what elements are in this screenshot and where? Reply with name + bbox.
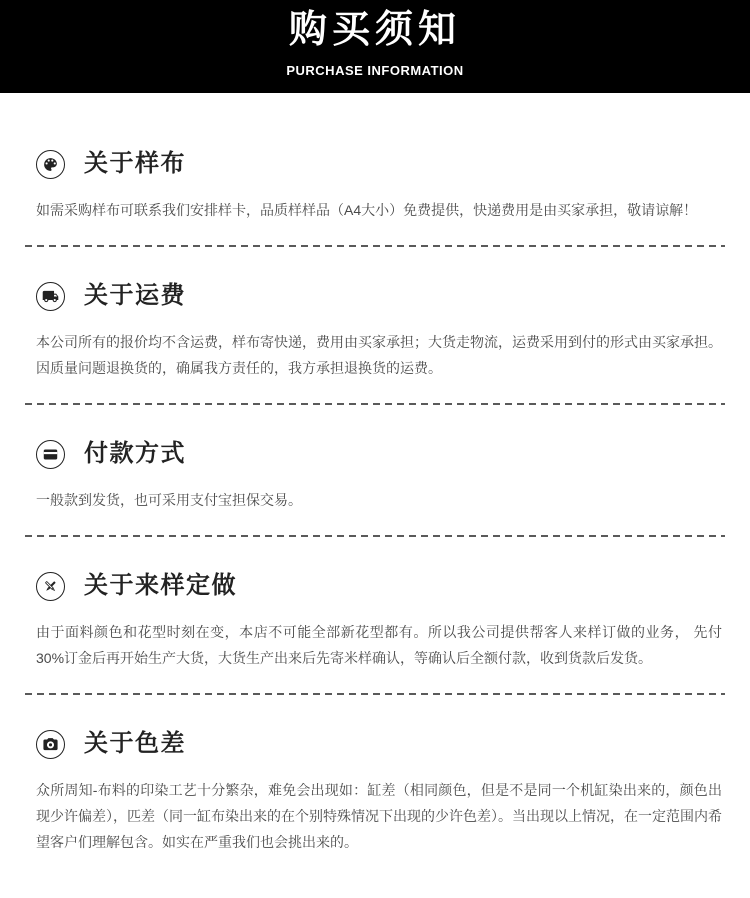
section-title: 关于来样定做 xyxy=(84,571,237,601)
purchase-info-content: 关于样布 如需采购样布可联系我们安排样卡，品质样样品（A4大小）免费提供，快递费… xyxy=(0,149,750,855)
section-head: 关于来样定做 xyxy=(0,571,750,601)
dashed-divider xyxy=(25,245,725,247)
credit-card-icon xyxy=(36,440,65,469)
section-body-text: 如需采购样布可联系我们安排样卡，品质样样品（A4大小）免费提供，快递费用是由买家… xyxy=(36,197,722,223)
section-payment: 付款方式 一般款到发货，也可采用支付宝担保交易。 xyxy=(0,439,750,513)
section-body-text: 众所周知-布料的印染工艺十分繁杂，难免会出现如：缸差（相同颜色，但是不是同一个机… xyxy=(36,777,722,855)
section-title: 付款方式 xyxy=(84,439,186,469)
camera-icon xyxy=(36,730,65,759)
section-title: 关于运费 xyxy=(84,281,186,311)
dashed-divider xyxy=(25,535,725,537)
section-shipping: 关于运费 本公司所有的报价均不含运费，样布寄快递，费用由买家承担；大货走物流，运… xyxy=(0,281,750,381)
section-body-text: 本公司所有的报价均不含运费，样布寄快递，费用由买家承担；大货走物流，运费采用到付… xyxy=(36,329,722,381)
page-subtitle: PURCHASE INFORMATION xyxy=(0,63,750,78)
palette-icon xyxy=(36,150,65,179)
truck-icon xyxy=(36,282,65,311)
section-custom-order: 关于来样定做 由于面料颜色和花型时刻在变，本店不可能全部新花型都有。所以我公司提… xyxy=(0,571,750,671)
page-title: 购买须知 xyxy=(0,0,750,50)
dashed-divider xyxy=(25,693,725,695)
section-head: 关于样布 xyxy=(0,149,750,179)
section-head: 关于色差 xyxy=(0,729,750,759)
page-header: 购买须知 PURCHASE INFORMATION xyxy=(0,0,750,93)
section-head: 关于运费 xyxy=(0,281,750,311)
section-sample-fabric: 关于样布 如需采购样布可联系我们安排样卡，品质样样品（A4大小）免费提供，快递费… xyxy=(0,149,750,223)
section-body-text: 一般款到发货，也可采用支付宝担保交易。 xyxy=(36,487,722,513)
section-title: 关于样布 xyxy=(84,149,186,179)
crossed-pencils-icon xyxy=(36,572,65,601)
dashed-divider xyxy=(25,403,725,405)
section-head: 付款方式 xyxy=(0,439,750,469)
section-color-difference: 关于色差 众所周知-布料的印染工艺十分繁杂，难免会出现如：缸差（相同颜色，但是不… xyxy=(0,729,750,855)
section-title: 关于色差 xyxy=(84,729,186,759)
section-body-text: 由于面料颜色和花型时刻在变，本店不可能全部新花型都有。所以我公司提供帮客人来样订… xyxy=(36,619,722,671)
